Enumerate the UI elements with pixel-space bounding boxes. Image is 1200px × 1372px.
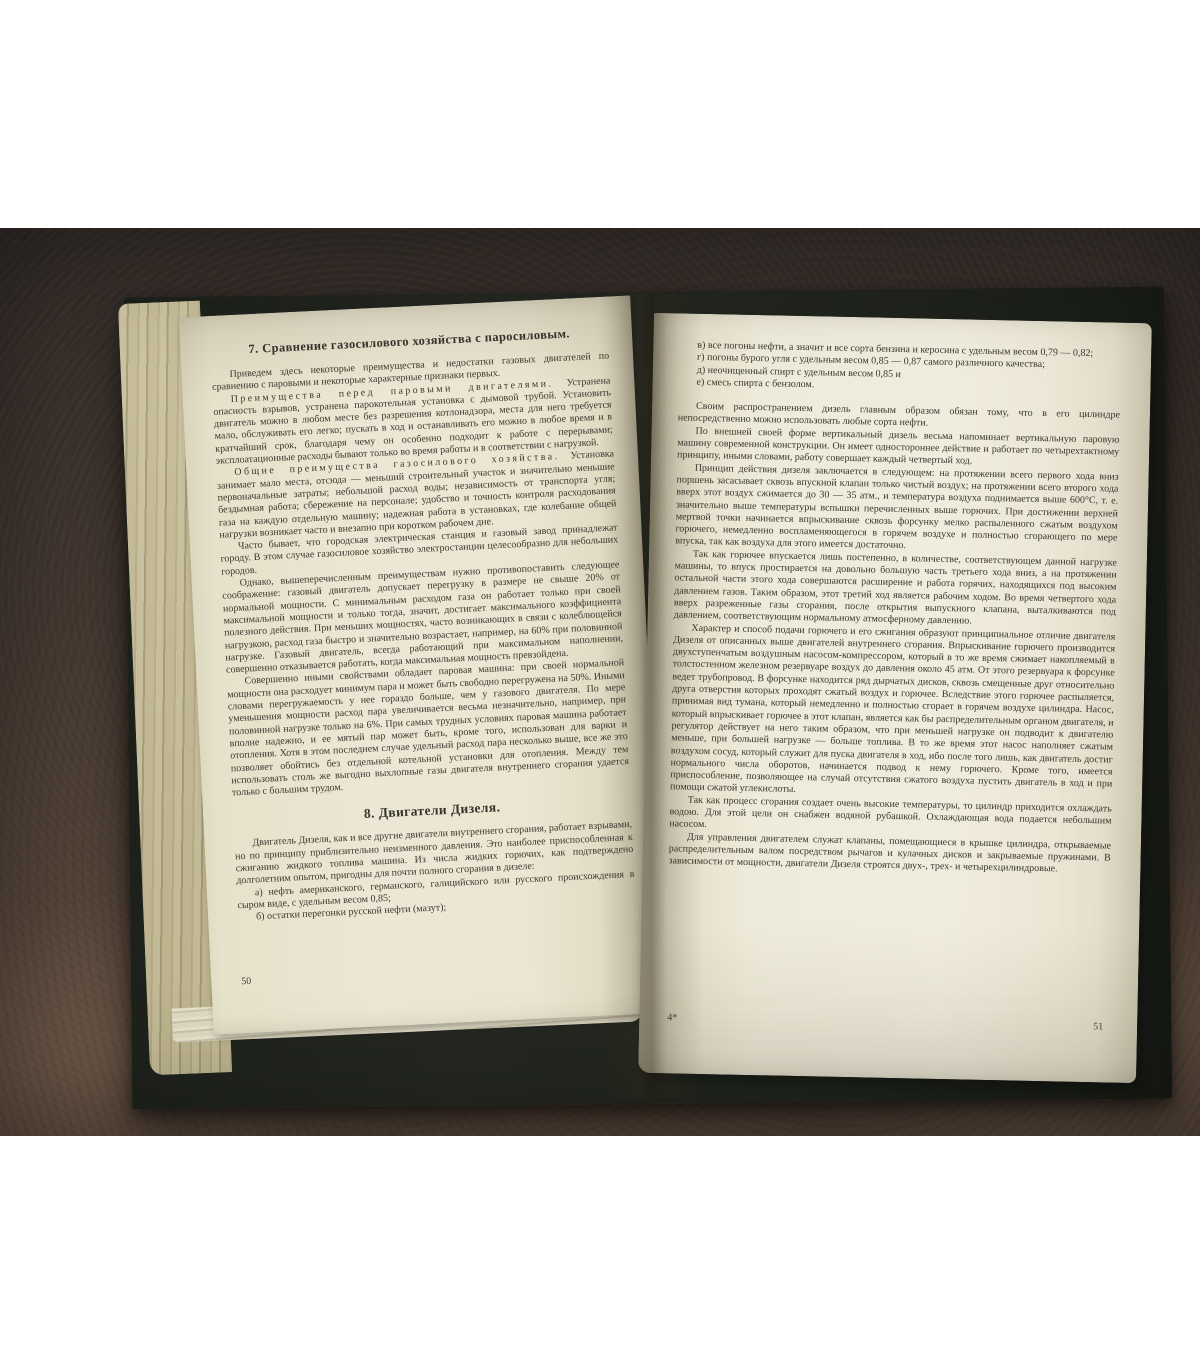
photo-vignette — [0, 228, 1200, 1136]
book-photo: 7. Сравнение газосилового хозяйства с па… — [0, 228, 1200, 1136]
